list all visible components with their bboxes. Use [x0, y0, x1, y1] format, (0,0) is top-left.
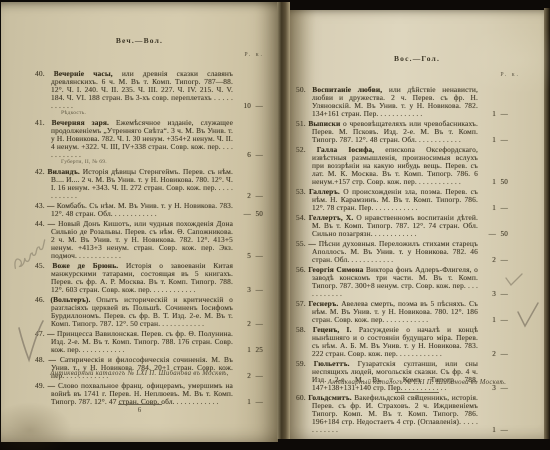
dot-leader: . . . . . . . . . . .	[417, 135, 461, 144]
dot-leader: . . . . . . . . . . .	[398, 349, 442, 358]
book-photo: Веч.—Вол. Р. к. 40. Вечерніе часы, или д…	[0, 0, 550, 450]
entry-number: 57.	[296, 299, 306, 308]
entry-price: 150	[482, 178, 508, 186]
entry-number: 56.	[296, 265, 306, 274]
price-kopecks: —	[251, 151, 263, 159]
price-rubles: 1	[482, 136, 496, 144]
entry-text: 42. Виландъ. Исторія дѣвицы Стернгеймъ. …	[35, 168, 263, 200]
entry-number: 59.	[296, 359, 306, 368]
catalog-entry: 43. — Комбабъ. Съ нѣм. М. Въ Унив. т. у …	[35, 202, 263, 218]
entry-number: 50.	[296, 85, 306, 94]
entry-text: 45. Воже де Брюнь. Исторія о завоеваніи …	[35, 262, 263, 294]
catalog-entry: 51. Выписки о чревовѣщателяхъ или чревоб…	[296, 120, 508, 144]
price-rubles: 2	[482, 350, 496, 358]
price-rubles: 1	[482, 110, 496, 118]
price-kopecks: —	[496, 110, 508, 118]
entry-number: 41.	[35, 118, 45, 127]
entry-text: 40. Вечерніе часы, или древнія сказки сл…	[35, 70, 263, 110]
catalog-entry: 54. Геллертъ, Х. О нравственномъ воспита…	[296, 214, 508, 238]
price-kopecks: —	[496, 256, 508, 264]
entry-price: —50	[482, 230, 508, 238]
entry-description: Принцесса Вавилонская. Перев. съ фр. Ѳ. …	[51, 329, 233, 354]
price-kopecks: 50	[496, 178, 508, 186]
entry-description: Пѣсни духовныя. Переложилъ стихами старе…	[312, 239, 478, 264]
entry-number: 46.	[35, 295, 45, 304]
catalog-entry: 41. Вечерняя заря. Ежемѣсячное изданіе, …	[35, 119, 263, 166]
price-column-header-right: Р. к.	[500, 72, 520, 78]
price-kopecks: —	[251, 102, 263, 110]
price-rubles: 1	[237, 346, 251, 354]
catalog-entry: 42. Виландъ. Исторія дѣвицы Стернгеймъ. …	[35, 168, 263, 200]
entry-number: 55.	[296, 239, 306, 248]
price-rubles: 2	[237, 192, 251, 200]
entry-number: 49.	[35, 381, 45, 390]
entry-text: 46. (Вольтеръ). Опытъ историческій и кри…	[35, 296, 263, 328]
price-kopecks: —	[496, 350, 508, 358]
entry-text: 55. — Пѣсни духовныя. Переложилъ стихами…	[296, 240, 508, 264]
entry-price: —50	[237, 210, 263, 218]
price-rubles: 1	[482, 178, 496, 186]
catalog-entry: 59. Гюльеттъ. Гузаратскія султанши, или …	[296, 360, 508, 392]
catalog-footer-left: Антикварный каталогъ № LXI П. Шибанова в…	[13, 370, 266, 377]
catalog-entry: 55. — Пѣсни духовныя. Переложилъ стихами…	[296, 240, 508, 264]
price-rubles: 3	[482, 290, 496, 298]
entry-price: 125	[237, 346, 263, 354]
entry-number: 58.	[296, 325, 306, 334]
price-rubles: 1	[482, 204, 496, 212]
running-head-left: Веч.—Вол.	[1, 36, 278, 45]
dot-leader: . . . . . . . . . . .	[373, 229, 417, 238]
price-kopecks: —	[251, 320, 263, 328]
price-kopecks: 25	[251, 346, 263, 354]
entry-price: 2—	[482, 256, 508, 264]
catalog-entry: 45. Воже де Брюнь. Исторія о завоеваніи …	[35, 262, 263, 294]
page-number-rule	[118, 404, 162, 405]
entry-price: 2—	[482, 350, 508, 358]
entry-price: 3—	[237, 286, 263, 294]
entry-text: 52. Галла Іосифа, епископа Оксефордскаго…	[296, 146, 508, 186]
entry-number: 42.	[35, 167, 45, 176]
dot-leader: . . . . . . . . . . .	[349, 255, 393, 264]
dot-leader: . . . . . . . . . . .	[160, 319, 204, 328]
catalog-entry: 40. Вечерніе часы, или древнія сказки сл…	[35, 70, 263, 117]
catalog-entry: 56. Георгія Симона Виктора фонъ Адлеръ-Ф…	[296, 266, 508, 298]
catalog-footer-right: Антикварный каталогъ № LXI П. Шибанова в…	[302, 379, 532, 386]
entry-price: 1—	[482, 136, 508, 144]
dot-leader: . . . . . . . . . . .	[384, 315, 428, 324]
entry-number: 48.	[35, 355, 45, 364]
book-fore-edge	[544, 8, 550, 439]
catalog-entry: 50. Воспитаніе любви, или дѣйствіе ненав…	[296, 86, 508, 118]
catalog-entry: 47. — Принцесса Вавилонская. Перев. съ ф…	[35, 330, 263, 354]
entry-number: 43.	[35, 201, 45, 210]
entry-number: 45.	[35, 261, 45, 270]
entry-text: 44. — Новый Донъ Кишотъ, или чудныя похо…	[35, 220, 263, 260]
entry-text: 51. Выписки о чревовѣщателяхъ или чревоб…	[296, 120, 508, 144]
entry-price: 1—	[482, 316, 508, 324]
price-rubles: 6	[237, 151, 251, 159]
price-kopecks: —	[496, 426, 508, 434]
catalog-entry: 49. — Слово похвальное франц. офицерамъ,…	[35, 382, 263, 406]
left-page: Веч.—Вол. Р. к. 40. Вечерніе часы, или д…	[1, 2, 278, 442]
catalog-entry: 53. Галлеръ. О происхожденіи зла, поэма.…	[296, 188, 508, 212]
entry-text: 59. Гюльеттъ. Гузаратскія султанши, или …	[296, 360, 508, 392]
price-kopecks: —	[496, 204, 508, 212]
price-rubles: 1	[482, 316, 496, 324]
dot-leader: . . . . . . . . . . .	[374, 203, 418, 212]
entry-price: 1—	[482, 426, 508, 434]
entry-text: 58. Геценъ, І. Разсужденіе о началѣ и ко…	[296, 326, 508, 358]
entry-number: 54.	[296, 213, 306, 222]
dot-leader: . . . . . . . . . . .	[152, 285, 196, 294]
entry-number: 52.	[296, 145, 306, 154]
catalog-entry: 46. (Вольтеръ). Опытъ историческій и кри…	[35, 296, 263, 328]
page-number-right: 7	[290, 394, 544, 402]
entry-text: 50. Воспитаніе любви, или дѣйствіе ненав…	[296, 86, 508, 118]
price-rubles: —	[482, 230, 496, 238]
price-rubles: 1	[482, 426, 496, 434]
entry-text: 43. — Комбабъ. Съ нѣм. М. Въ Унив. т. у …	[35, 202, 263, 218]
entry-text: 57. Геснеръ. Авелева смерть, поэма въ 5 …	[296, 300, 508, 324]
entry-price: 2—	[237, 320, 263, 328]
entry-price: 5—	[237, 252, 263, 260]
price-kopecks: —	[496, 136, 508, 144]
dot-leader: . . . . . . . . . . .	[417, 177, 461, 186]
entry-text: 54. Геллертъ, Х. О нравственномъ воспита…	[296, 214, 508, 238]
entry-price: 1—	[482, 204, 508, 212]
price-kopecks: —	[251, 286, 263, 294]
catalog-entry: 52. Галла Іосифа, епископа Оксефордскаго…	[296, 146, 508, 186]
entry-price: 6—	[237, 151, 263, 159]
price-rubles: —	[237, 210, 251, 218]
entry-text: 53. Галлеръ. О происхожденіи зла, поэма.…	[296, 188, 508, 212]
page-number-block-left: 6	[1, 404, 278, 414]
price-rubles: 2	[237, 320, 251, 328]
entry-price: 1—	[482, 110, 508, 118]
page-number-left: 6	[1, 406, 278, 414]
dot-leader: . . . . . . . . . . .	[77, 251, 121, 260]
book-gutter-shadow	[277, 2, 290, 439]
catalog-entry: 58. Геценъ, І. Разсужденіе о началѣ и ко…	[296, 326, 508, 358]
entry-text: 41. Вечерняя заря. Ежемѣсячное изданіе, …	[35, 119, 263, 159]
entry-number: 51.	[296, 119, 306, 128]
dot-leader: . . . . . . . . . . .	[81, 345, 125, 354]
entry-text: 49. — Слово похвальное франц. офицерамъ,…	[35, 382, 263, 406]
price-kopecks: 50	[496, 230, 508, 238]
running-head-right: Вос.—Гол.	[290, 54, 544, 63]
catalog-entry: 57. Геснеръ. Авелева смерть, поэма въ 5 …	[296, 300, 508, 324]
page-number-block-right: 7	[290, 392, 544, 402]
entry-note: Губерти, II, № 69.	[35, 159, 263, 166]
entry-list-left: 40. Вечерніе часы, или древнія сказки сл…	[35, 70, 263, 408]
dot-leader: . . . . . . . . . . .	[113, 209, 157, 218]
entry-text: 47. — Принцесса Вавилонская. Перев. съ ф…	[35, 330, 263, 354]
page-number-rule	[395, 392, 439, 393]
price-kopecks: 50	[251, 210, 263, 218]
entry-price: 3—	[482, 290, 508, 298]
price-rubles: 2	[482, 256, 496, 264]
price-rubles: 10	[237, 102, 251, 110]
entry-text: 56. Георгія Симона Виктора фонъ Адлеръ-Ф…	[296, 266, 508, 298]
catalog-entry: 44. — Новый Донъ Кишотъ, или чудныя похо…	[35, 220, 263, 260]
entry-price: 10—	[237, 102, 263, 110]
price-rubles: 3	[237, 286, 251, 294]
price-kopecks: —	[496, 316, 508, 324]
price-column-header-left: Р. к.	[244, 52, 264, 58]
price-kopecks: —	[251, 252, 263, 260]
dot-leader: . . . . . . . . . . .	[378, 109, 422, 118]
entry-number: 47.	[35, 329, 45, 338]
price-kopecks: —	[496, 290, 508, 298]
entry-price: 2—	[237, 192, 263, 200]
price-rubles: 5	[237, 252, 251, 260]
entry-number: 53.	[296, 187, 306, 196]
right-page: Вос.—Гол. Р. к. 50. Воспитаніе любви, ил…	[290, 10, 544, 439]
entry-number: 40.	[35, 69, 45, 78]
price-kopecks: —	[251, 192, 263, 200]
entry-number: 44.	[35, 219, 45, 228]
entry-note: Рѣдкость.	[35, 110, 263, 117]
